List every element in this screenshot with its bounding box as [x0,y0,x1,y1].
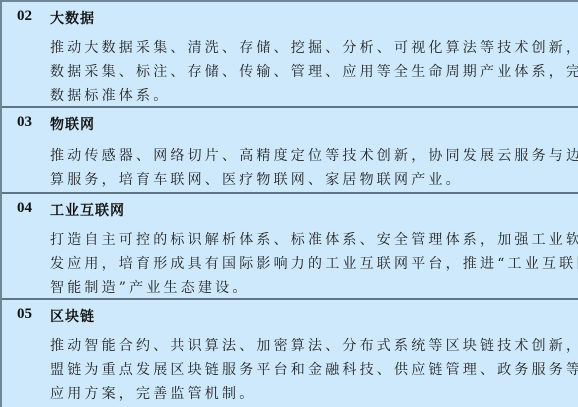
section-text-line: 算服务，培育车联网、医疗物联网、家居物联网产业。 [50,169,463,189]
section-header: 03 物联网 [2,108,578,136]
section-text-line: 推动智能合约、共识算法、加密算法、分布式系统等区块链技术创新，以联 [50,335,578,355]
section-title: 大数据 [50,8,95,28]
section-text-line: 数据标准体系。 [50,85,170,105]
section-text-line: 数据采集、标注、存储、传输、管理、应用等全生命周期产业体系，完善大 [50,61,578,81]
section-text-line: 盟链为重点发展区块链服务平台和金融科技、供应链管理、政务服务等领域 [50,359,578,379]
section-title: 工业互联网 [50,200,125,220]
section-industrial-internet: 04 工业互联网 打造自主可控的标识解析体系、标准体系、安全管理体系，加强工业软… [2,194,578,300]
section-number: 03 [17,114,32,131]
section-number: 02 [17,8,32,25]
section-text-line: 发应用，培育形成具有国际影响力的工业互联网平台，推进“工业互联网+ [50,253,578,273]
section-header: 05 区块链 [2,300,578,328]
section-text-line: 推动大数据采集、清洗、存储、挖掘、分析、可视化算法等技术创新，培育 [50,37,578,57]
section-header: 02 大数据 [2,2,578,30]
section-big-data: 02 大数据 推动大数据采集、清洗、存储、挖掘、分析、可视化算法等技术创新，培育… [2,2,578,108]
section-blockchain: 05 区块链 推动智能合约、共识算法、加密算法、分布式系统等区块链技术创新，以联… [2,300,578,407]
section-number: 05 [17,306,32,323]
section-text-line: 应用方案，完善监管机制。 [50,383,256,403]
section-number: 04 [17,200,32,217]
section-text-line: 智能制造”产业生态建设。 [50,277,250,297]
section-text-line: 推动传感器、网络切片、高精度定位等技术创新，协同发展云服务与边缘计 [50,145,578,165]
section-header: 04 工业互联网 [2,194,578,222]
section-title: 物联网 [50,114,95,134]
section-text-line: 打造自主可控的标识解析体系、标准体系、安全管理体系，加强工业软件研 [50,229,578,249]
section-title: 区块链 [50,306,95,326]
section-iot: 03 物联网 推动传感器、网络切片、高精度定位等技术创新，协同发展云服务与边缘计… [2,108,578,194]
